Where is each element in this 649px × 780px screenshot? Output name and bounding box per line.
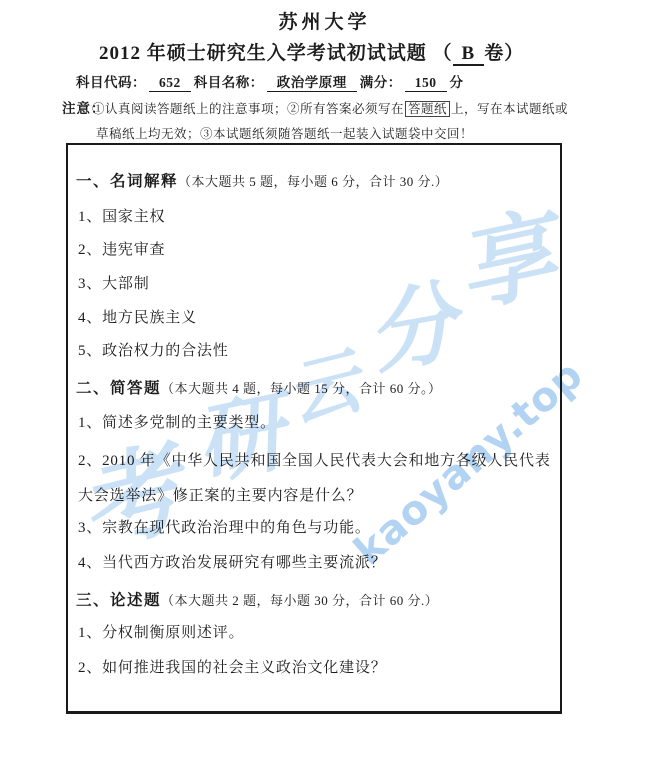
section-1-note: （本大题共 5 题，每小题 6 分，合计 30 分.） <box>178 174 448 189</box>
notice-line2: 草稿纸上均无效；③本试题纸须随答题纸一起装入试题袋中交回！ <box>96 124 473 142</box>
section-1-title: 一、名词解释 <box>76 173 178 190</box>
section-3-note: （本大题共 2 题，每小题 30 分，合计 60 分.） <box>161 593 438 608</box>
notice-boxed-term: 答题纸 <box>405 101 450 117</box>
section-2-heading: 二、简答题（本大题共 4 题，每小题 15 分，合计 60 分。） <box>76 376 442 398</box>
notice-line1-after: 上，写在本试题纸或 <box>451 102 568 116</box>
subject-code-value: 652 <box>149 75 191 92</box>
section-1-heading: 一、名词解释（本大题共 5 题，每小题 6 分，合计 30 分.） <box>76 169 448 191</box>
score-label: 满分： <box>360 75 402 90</box>
exam-title-suffix: 卷） <box>484 43 524 64</box>
score-unit: 分 <box>450 75 464 90</box>
paper-letter: B <box>453 44 485 66</box>
section-2-note: （本大题共 4 题，每小题 15 分，合计 60 分。） <box>161 381 442 396</box>
section-3-title: 三、论述题 <box>76 592 161 609</box>
university-title: 苏州大学 <box>0 7 649 34</box>
subject-line: 科目代码：652科目名称：政治学原理满分：150分 <box>76 71 464 92</box>
question-item: 1、简述多党制的主要类型。 <box>78 413 276 433</box>
question-item: 2、违宪审查 <box>78 240 165 260</box>
section-2-title: 二、简答题 <box>76 380 161 397</box>
question-item: 4、当代西方政治发展研究有哪些主要流派？ <box>78 553 387 573</box>
notice-line1: ①认真阅读答题纸上的注意事项；②所有答案必须写在答题纸上，写在本试题纸或 <box>92 99 568 117</box>
exam-paper-scan: { "header": { "university": "苏州大学", "exa… <box>0 0 649 780</box>
question-item: 1、国家主权 <box>78 207 165 227</box>
section-3-heading: 三、论述题（本大题共 2 题，每小题 30 分，合计 60 分.） <box>76 588 438 610</box>
subject-name-label: 科目名称： <box>194 75 264 90</box>
question-item: 2、2010 年《中华人民共和国全国人民代表大会和地方各级人民代表大会选举法》修… <box>78 444 560 513</box>
question-box: 一、名词解释（本大题共 5 题，每小题 6 分，合计 30 分.） 1、国家主权… <box>66 143 562 714</box>
subject-name-value: 政治学原理 <box>267 75 357 92</box>
notice-line1-before: ①认真阅读答题纸上的注意事项；②所有答案必须写在 <box>92 102 404 116</box>
subject-code-label: 科目代码： <box>76 75 146 90</box>
exam-title: 2012 年硕士研究生入学考试初试试题 （B卷） <box>99 38 524 66</box>
score-value: 150 <box>405 75 447 92</box>
question-item: 1、分权制衡原则述评。 <box>78 623 244 643</box>
exam-title-prefix: 2012 年硕士研究生入学考试初试试题 （ <box>99 43 453 64</box>
question-item: 2、如何推进我国的社会主义政治文化建设？ <box>78 658 387 678</box>
question-item: 3、宗教在现代政治治理中的角色与功能。 <box>78 518 371 538</box>
question-item: 5、政治权力的合法性 <box>78 341 229 361</box>
question-item: 4、地方民族主义 <box>78 308 197 328</box>
question-item: 3、大部制 <box>78 274 150 294</box>
